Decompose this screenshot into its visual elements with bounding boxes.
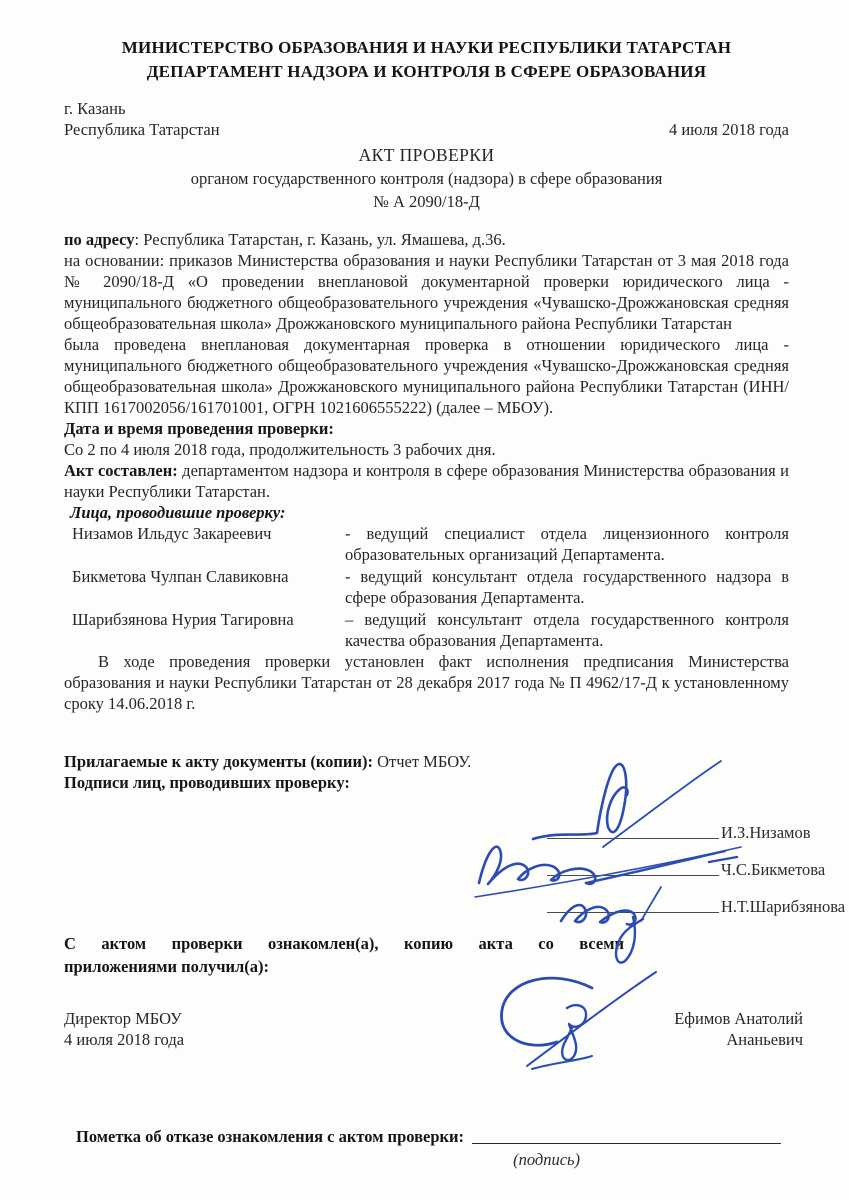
refusal-line: Пометка об отказе ознакомления с актом п…	[76, 1126, 781, 1147]
signature-line	[547, 838, 719, 839]
inspector-name: Бикметова Чулпан Славиковна	[64, 566, 345, 608]
conducted-paragraph: была проведена внеплановая документарная…	[64, 334, 789, 418]
conclusion-paragraph: В ходе проведения проверки установлен фа…	[64, 651, 789, 714]
director-signature-row: Директор МБОУ 4 июля 2018 года Ефимов Ан…	[64, 1008, 803, 1050]
document-page: МИНИСТЕРСТВО ОБРАЗОВАНИЯ И НАУКИ РЕСПУБЛ…	[0, 0, 849, 1200]
place-block: г. Казань Республика Татарстан	[64, 98, 220, 140]
inspectors-heading: Лица, проводившие проверку:	[64, 502, 789, 523]
document-title-block: АКТ ПРОВЕРКИ органом государственного ко…	[64, 144, 789, 213]
basis-paragraph: на основании: приказов Министерства обра…	[64, 250, 789, 334]
inspector-role: - ведущий консультант отдела государстве…	[345, 566, 789, 608]
signature-efimov-image	[472, 966, 667, 1078]
address-value: : Республика Татарстан, г. Казань, ул. Я…	[135, 230, 506, 249]
signatures-heading: Подписи лиц, проводивших проверку:	[64, 772, 789, 793]
acknowledgment-line2: приложениями получил(а):	[64, 955, 624, 978]
inspectors-list: Низамов Ильдус Закареевич - ведущий спец…	[64, 523, 789, 651]
document-number: № А 2090/18-Д	[64, 190, 789, 213]
director-date: 4 июля 2018 года	[64, 1029, 184, 1050]
ministry-header: МИНИСТЕРСТВО ОБРАЗОВАНИЯ И НАУКИ РЕСПУБЛ…	[64, 36, 789, 84]
signature-line	[547, 875, 719, 876]
datetime-label: Дата и время проведения проверки:	[64, 418, 789, 439]
signer-name: И.З.Низамов	[719, 822, 845, 843]
signature-caption: (подпись)	[76, 1149, 781, 1170]
refusal-note: Пометка об отказе ознакомления с актом п…	[64, 1126, 781, 1170]
director-name-line2: Ананьевич	[674, 1029, 803, 1050]
composed-paragraph: Акт составлен: департаментом надзора и к…	[64, 460, 789, 502]
signer-name: Н.Т.Шарибзянова	[719, 896, 845, 917]
inspector-signatures: И.З.Низамов Ч.С.Бикметова Н.Т.Шарибзянов…	[64, 803, 845, 917]
director-block: Директор МБОУ 4 июля 2018 года	[64, 1008, 184, 1050]
datetime-label-text: Дата и время проведения проверки:	[64, 419, 334, 438]
attachments-label: Прилагаемые к акту документы (копии):	[64, 752, 373, 771]
inspector-role: - ведущий специалист отдела лицензионног…	[345, 523, 789, 565]
refusal-label: Пометка об отказе ознакомления с актом п…	[76, 1126, 464, 1147]
attachments-line: Прилагаемые к акту документы (копии): От…	[64, 751, 789, 772]
document-date: 4 июля 2018 года	[669, 119, 789, 140]
city-label: г. Казань	[64, 98, 220, 119]
composed-label: Акт составлен:	[64, 461, 178, 480]
ministry-name: МИНИСТЕРСТВО ОБРАЗОВАНИЯ И НАУКИ РЕСПУБЛ…	[64, 36, 789, 60]
document-subtitle: органом государственного контроля (надзо…	[64, 167, 789, 190]
address-label: по адресу	[64, 230, 135, 249]
document-body: по адресу: Республика Татарстан, г. Каза…	[64, 229, 789, 714]
attachments-value: Отчет МБОУ.	[373, 752, 471, 771]
inspector-role: – ведущий консультант отдела государстве…	[345, 609, 789, 651]
inspector-name: Шарибзянова Нурия Тагировна	[64, 609, 345, 651]
acknowledgment-line1: С актом проверки ознакомлен(а), копию ак…	[64, 932, 624, 955]
signature-row: Н.Т.Шарибзянова	[64, 880, 845, 917]
department-name: ДЕПАРТАМЕНТ НАДЗОРА И КОНТРОЛЯ В СФЕРЕ О…	[64, 60, 789, 84]
signature-line	[547, 912, 719, 913]
director-position: Директор МБОУ	[64, 1008, 184, 1029]
place-date-row: г. Казань Республика Татарстан 4 июля 20…	[64, 98, 789, 140]
signatures-heading-text: Подписи лиц, проводивших проверку:	[64, 773, 350, 792]
director-fullname: Ефимов Анатолий Ананьевич	[674, 1008, 803, 1050]
attachments-block: Прилагаемые к акту документы (копии): От…	[64, 751, 789, 793]
datetime-value: Со 2 по 4 июля 2018 года, продолжительно…	[64, 439, 789, 460]
acknowledgment-text: С актом проверки ознакомлен(а), копию ак…	[64, 932, 624, 978]
document-title: АКТ ПРОВЕРКИ	[64, 144, 789, 167]
signature-row: Ч.С.Бикметова	[64, 843, 845, 880]
refusal-blank-line	[472, 1143, 781, 1144]
region-label: Республика Татарстан	[64, 119, 220, 140]
signature-row: И.З.Низамов	[64, 803, 845, 843]
director-name-line1: Ефимов Анатолий	[674, 1008, 803, 1029]
address-line: по адресу: Республика Татарстан, г. Каза…	[64, 229, 789, 250]
inspector-name: Низамов Ильдус Закареевич	[64, 523, 345, 565]
signer-name: Ч.С.Бикметова	[719, 859, 845, 880]
